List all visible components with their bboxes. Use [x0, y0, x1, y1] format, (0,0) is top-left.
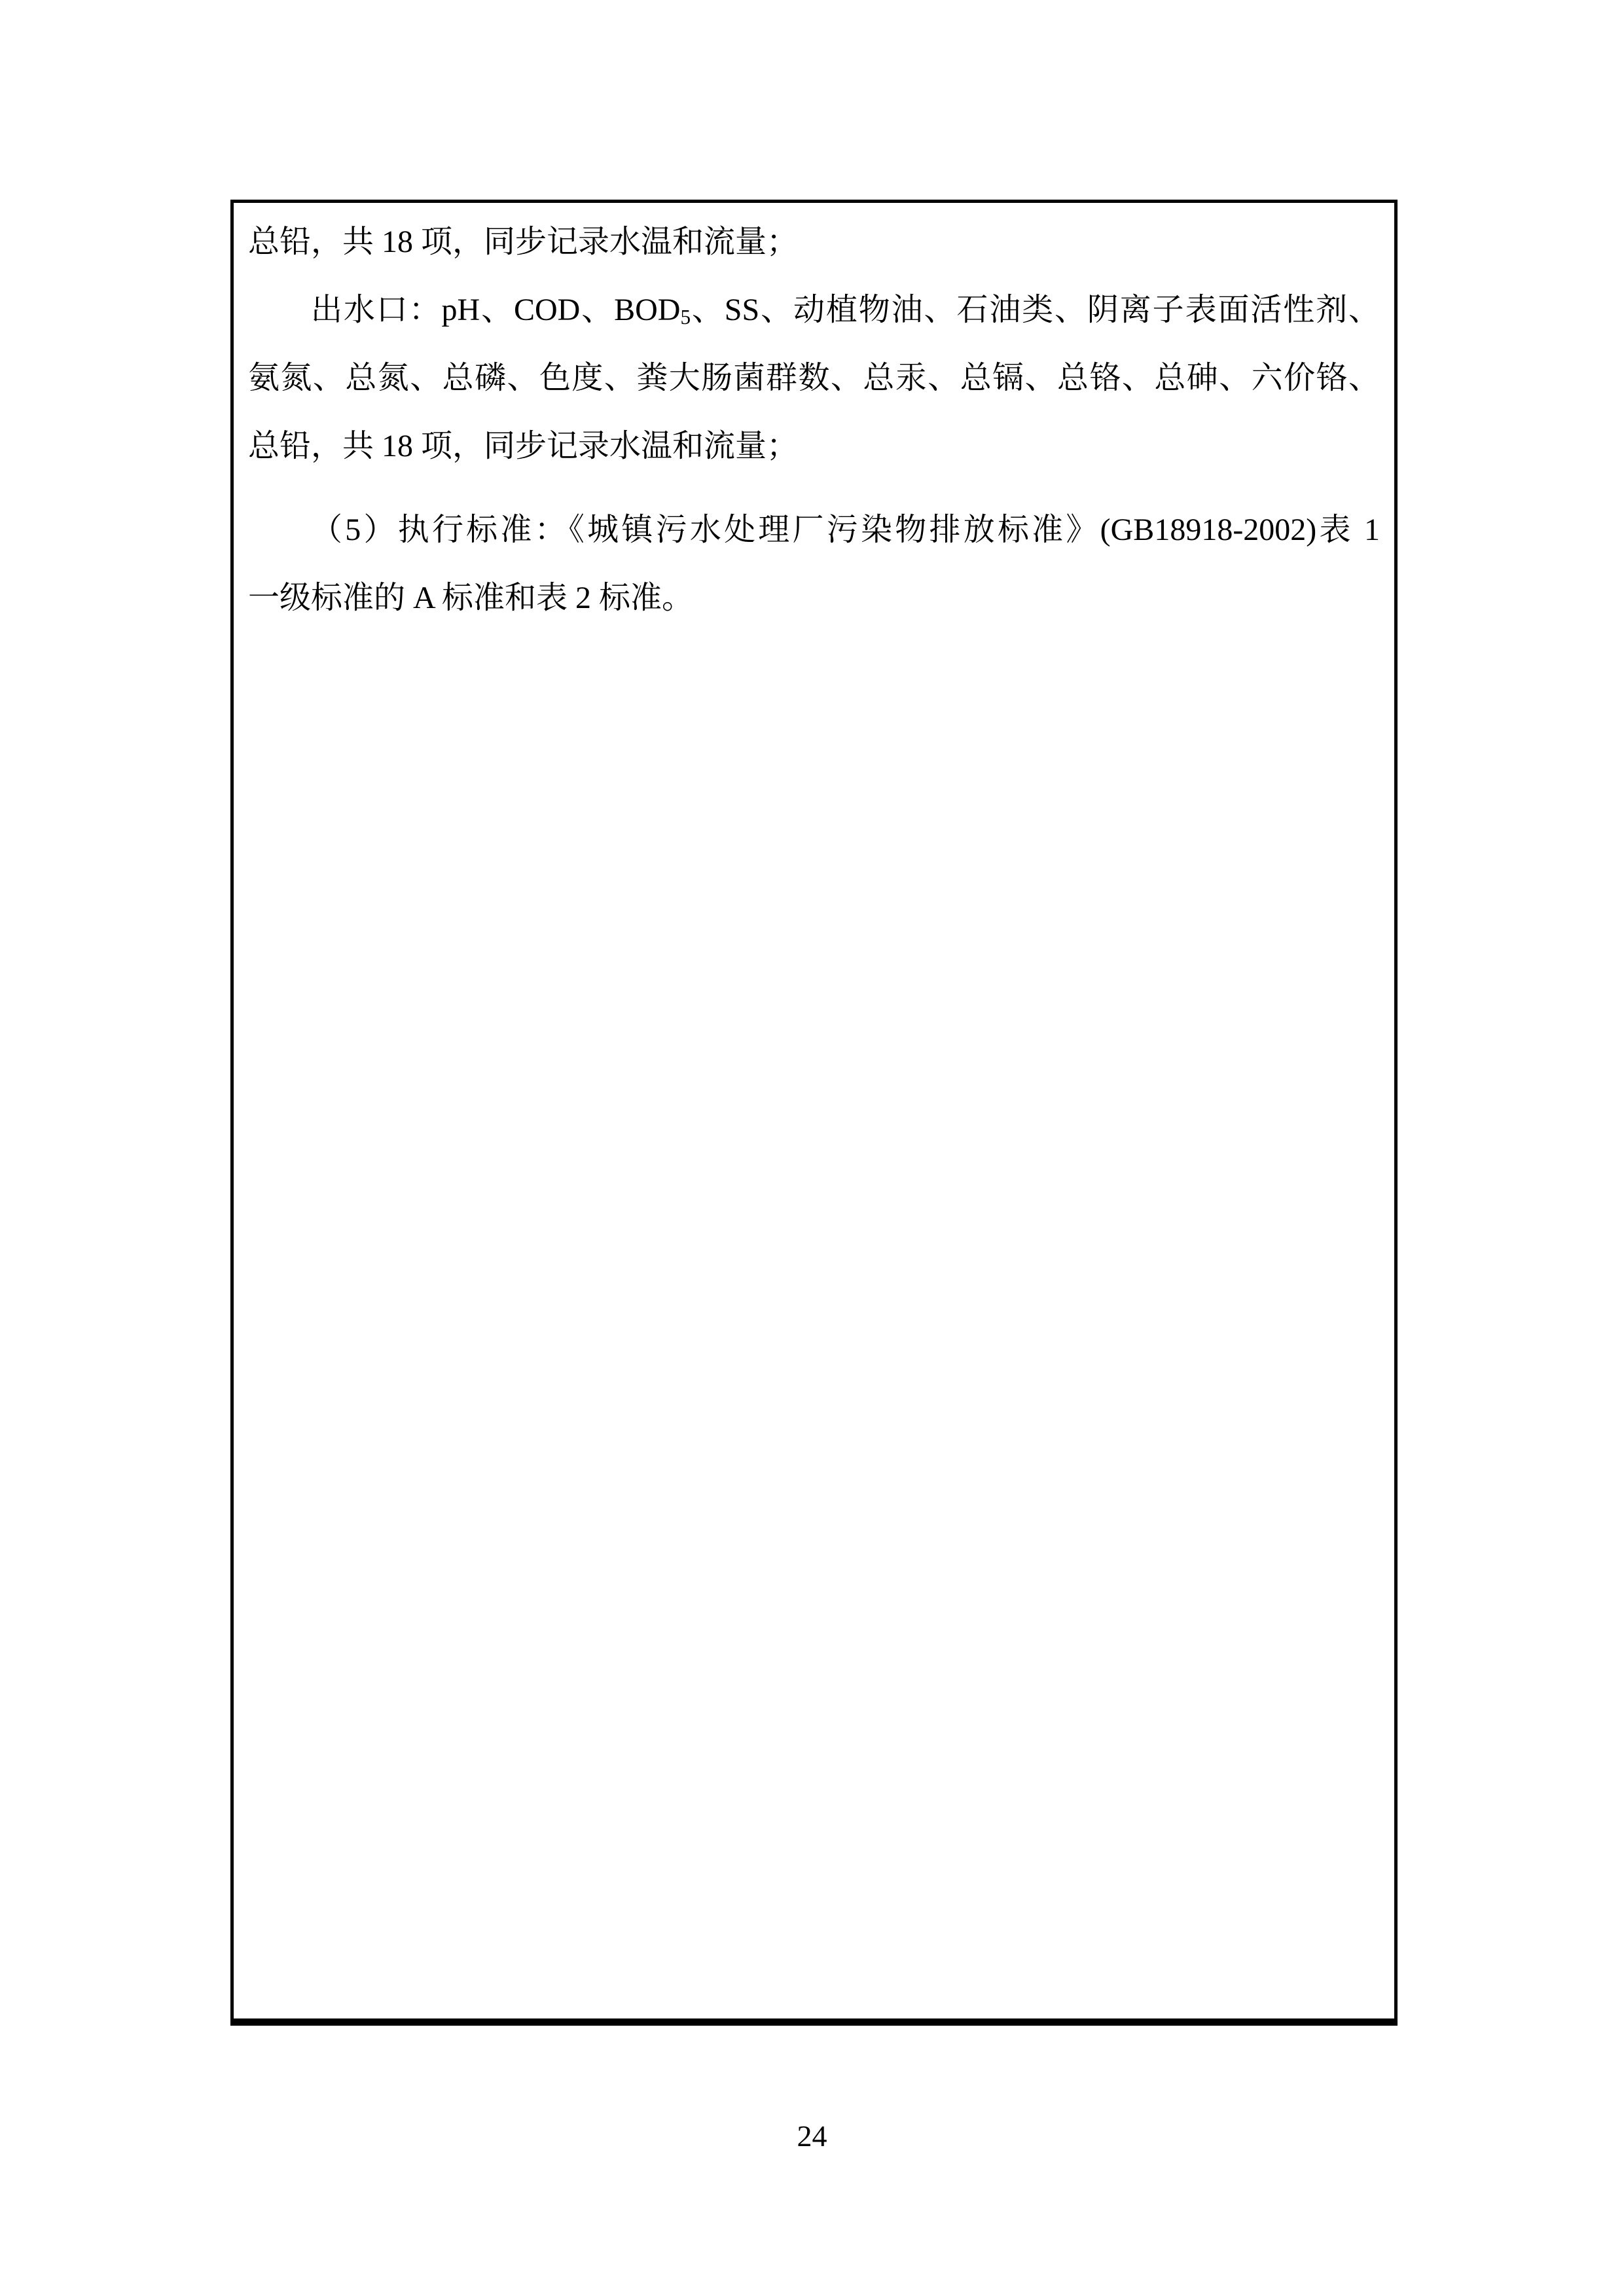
- text-run: 、SS、动植物油、石油类、阴离子表面活性剂、: [691, 293, 1380, 327]
- text-run: 氨氮、总氮、总磷、色度、粪大肠菌群数、总汞、总镉、总铬、总砷、六价铬、: [248, 361, 1380, 395]
- paragraph-p2-outlet: 出水口：pH、COD、BOD5、SS、动植物油、石油类、阴离子表面活性剂、氨氮、…: [248, 276, 1380, 480]
- text-run: 出水口：pH、COD、BOD: [311, 293, 680, 327]
- text-run: （5）执行标准：《城镇污水处理厂污染物排放标准》(GB18918-2002)表 …: [311, 512, 1380, 547]
- text-run: 一级标准的 A 标准和表 2 标准。: [248, 581, 693, 615]
- text-line: 总铅，共 18 项，同步记录水温和流量；: [248, 412, 1380, 480]
- document-page: 总铅，共 18 项，同步记录水温和流量；出水口：pH、COD、BOD5、SS、动…: [0, 0, 1624, 2296]
- paragraph-p1-continuation: 总铅，共 18 项，同步记录水温和流量；: [248, 208, 1380, 276]
- page-number: 24: [0, 2118, 1624, 2155]
- paragraph-p3-standard: （5）执行标准：《城镇污水处理厂污染物排放标准》(GB18918-2002)表 …: [248, 496, 1380, 632]
- text-line: 氨氮、总氮、总磷、色度、粪大肠菌群数、总汞、总镉、总铬、总砷、六价铬、: [248, 344, 1380, 412]
- text-run: 总铅，共 18 项，同步记录水温和流量；: [248, 429, 798, 463]
- text-run: 总铅，共 18 项，同步记录水温和流量；: [248, 224, 798, 259]
- text-line: 一级标准的 A 标准和表 2 标准。: [248, 564, 1380, 632]
- text-line: （5）执行标准：《城镇污水处理厂污染物排放标准》(GB18918-2002)表 …: [248, 496, 1380, 564]
- text-line: 出水口：pH、COD、BOD5、SS、动植物油、石油类、阴离子表面活性剂、: [248, 276, 1380, 344]
- text-line: 总铅，共 18 项，同步记录水温和流量；: [248, 208, 1380, 276]
- subscript-text: 5: [680, 306, 691, 329]
- table-cell: 总铅，共 18 项，同步记录水温和流量；出水口：pH、COD、BOD5、SS、动…: [230, 200, 1398, 2026]
